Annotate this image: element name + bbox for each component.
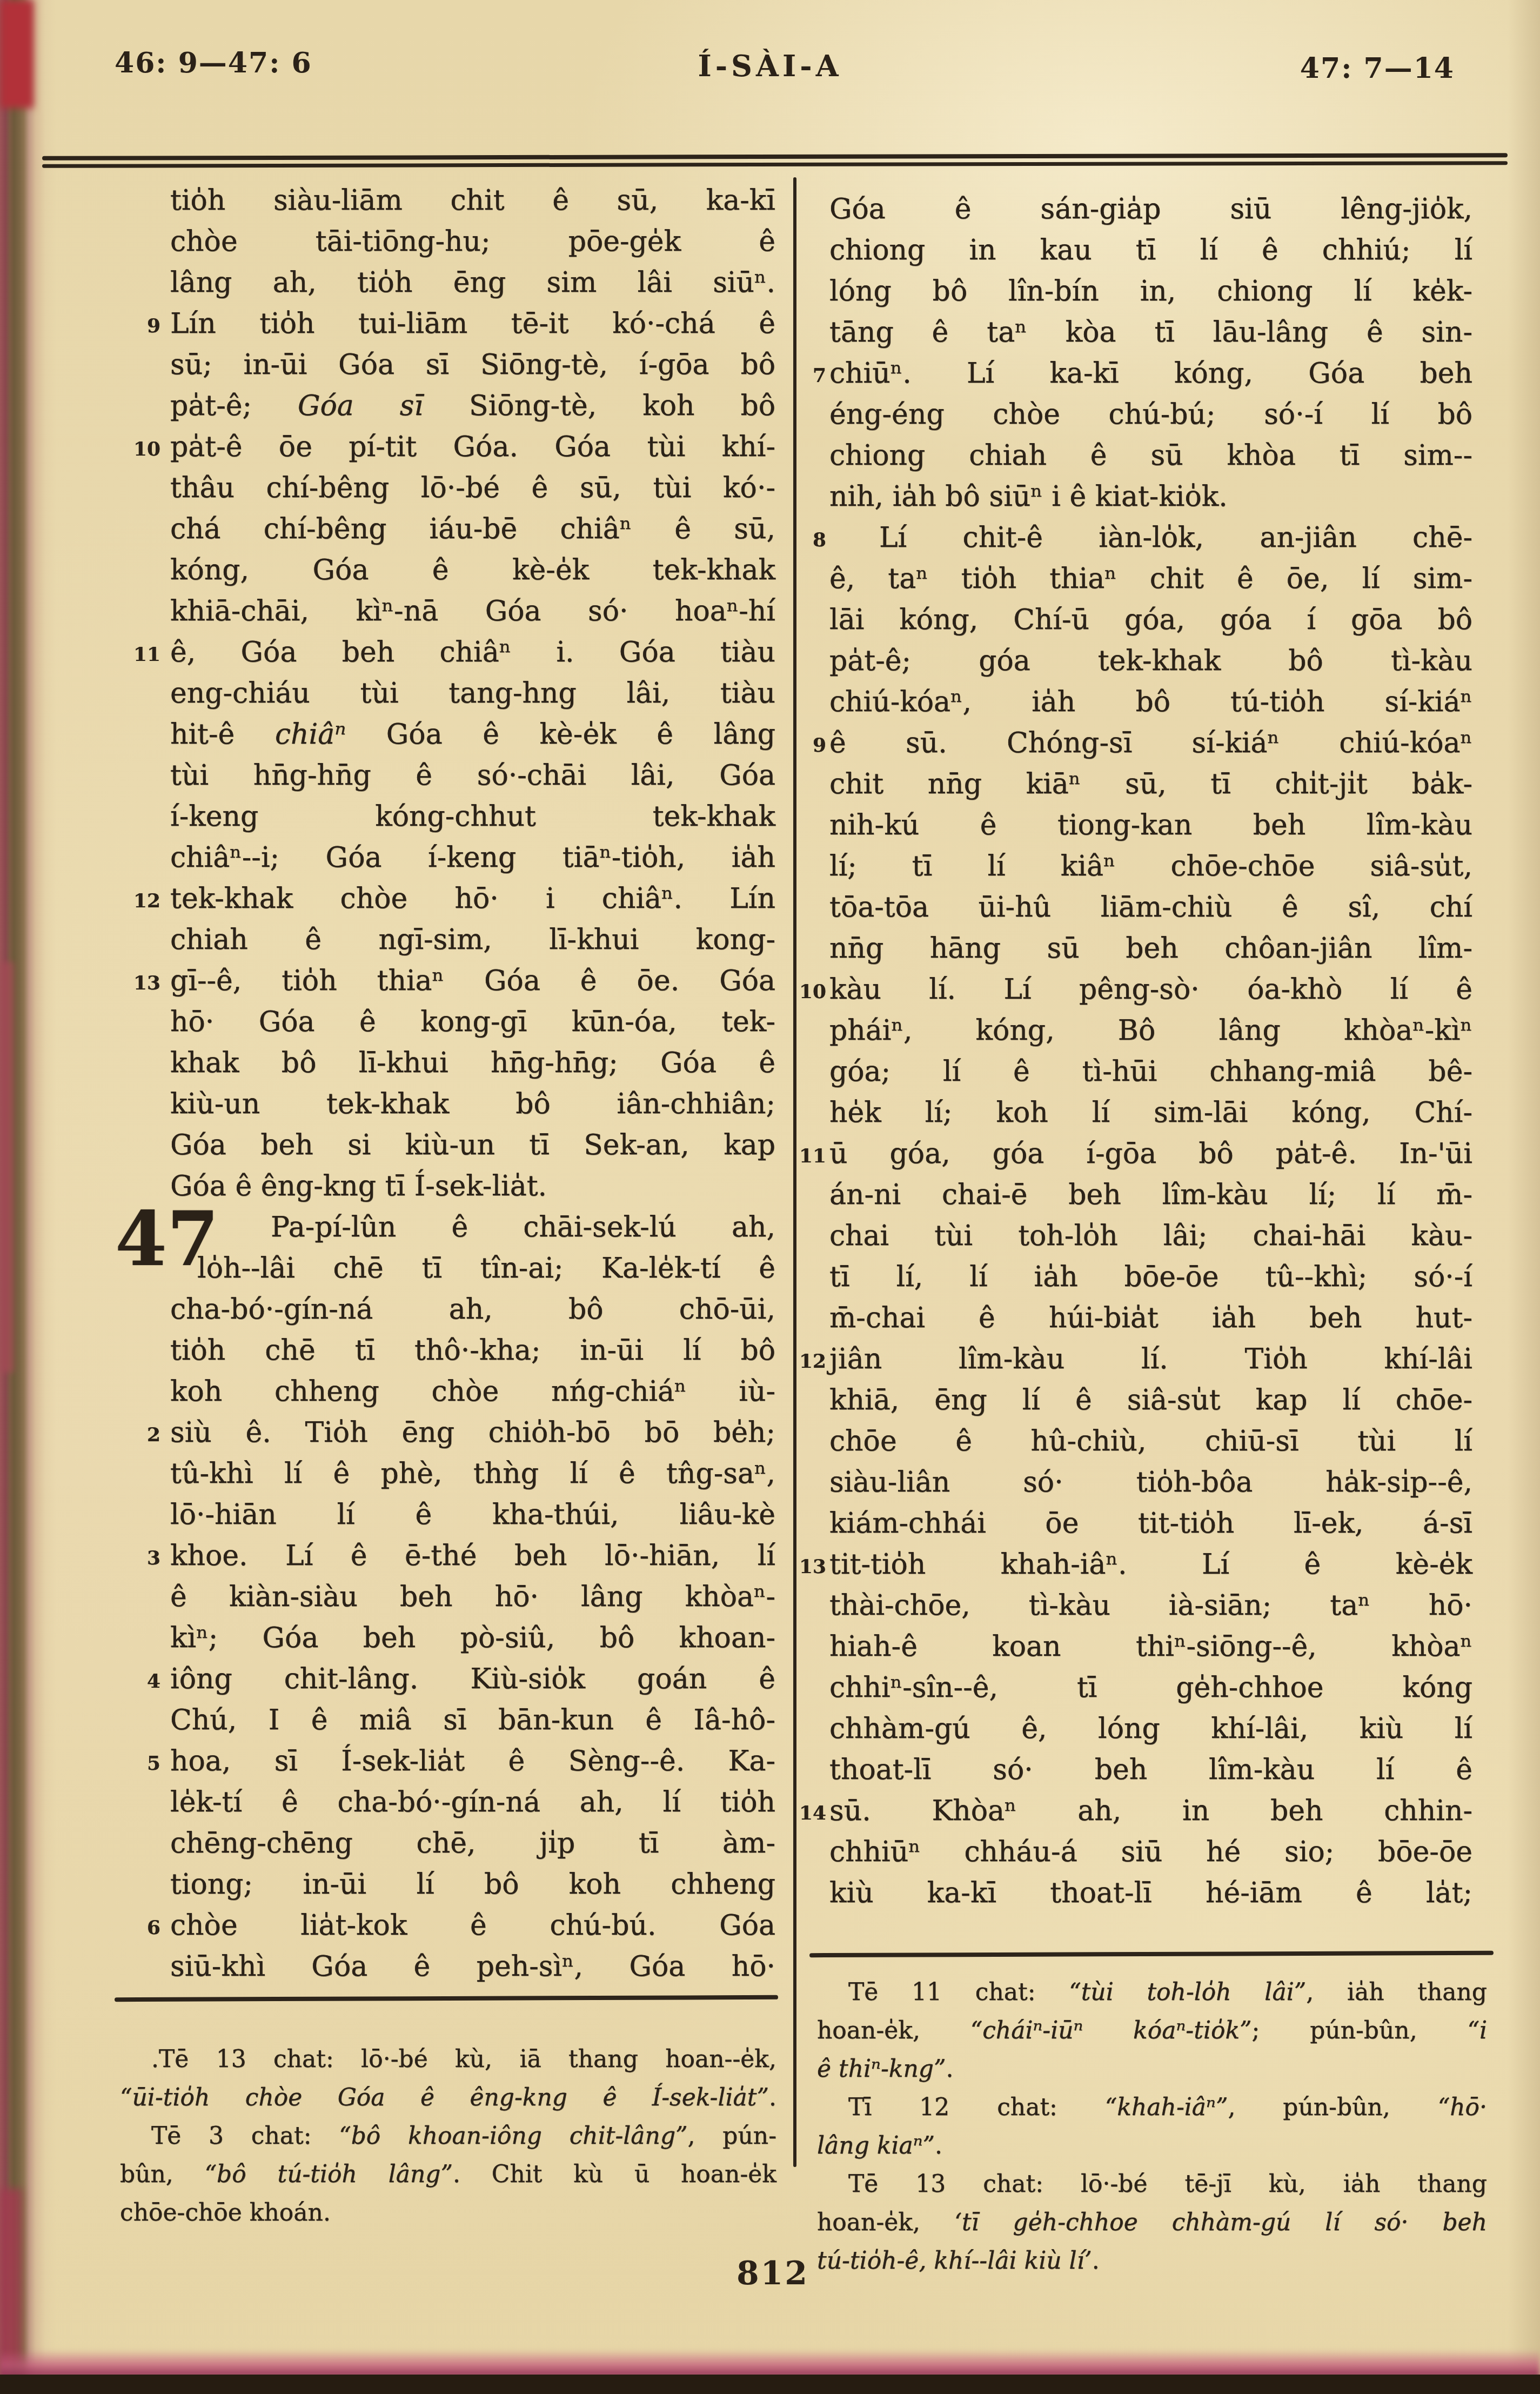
verse-text: lí; tī lí kiâⁿ chōe-chōe siâ-su̍t, <box>829 846 1472 886</box>
verse-number: 9 <box>797 725 826 765</box>
verse-text: iông chit-lâng. Kiù-sio̍k goán ê <box>170 1659 775 1699</box>
text-line: 13tit-tio̍h khah-iâⁿ. Lí ê kè-e̍k <box>829 1544 1472 1586</box>
text-line: nih, ia̍h bô siūⁿ i ê kiat-kio̍k. <box>829 477 1472 518</box>
text-line: 5hoa, sī Í-sek-lia̍t ê Sèng--ê. Ka- <box>170 1741 775 1782</box>
verse-text: hiah-ê koan thiⁿ-siōng--ê, khòaⁿ <box>829 1627 1472 1667</box>
verse-number: 11 <box>131 634 160 674</box>
verse-text: kóng, Góa ê kè-e̍k tek-khak <box>170 550 775 590</box>
text-line: kiám-chhái ōe tit-tio̍h lī-ek, á-sī <box>829 1503 1472 1544</box>
text-line: chiong in kau tī lí ê chhiú; lí <box>829 230 1472 271</box>
running-header: 46: 9—47: 6 Í-SÀI-A 47: 7—14 <box>0 46 1540 95</box>
verse-text: jiân lîm-kàu lí. Tio̍h khí-lâi <box>829 1339 1472 1379</box>
verse-text: chá chí-bêng iáu-bē chiâⁿ ê sū, <box>170 509 775 549</box>
text-line: khiā, ēng lí ê siâ-su̍t kap lí chōe- <box>829 1380 1472 1421</box>
verse-text: Chú, I ê miâ sī bān-kun ê Iâ-hô- <box>170 1700 775 1740</box>
text-line: 13gī--ê, tio̍h thiaⁿ Góa ê ōe. Góa <box>170 961 775 1002</box>
verse-text: lóng bô lîn-bín in, chiong lí ke̍k- <box>829 271 1472 311</box>
verse-number: 5 <box>131 1743 160 1783</box>
text-line: Góa ê êng-kng tī Í-sek-lia̍t. <box>170 1166 775 1207</box>
verse-text: chòe tāi-tiōng-hu; pōe-ge̍k ê <box>170 222 775 262</box>
rule-line <box>42 161 1508 168</box>
verse-number: 3 <box>131 1538 160 1578</box>
text-line: Chú, I ê miâ sī bān-kun ê Iâ-hô- <box>170 1700 775 1741</box>
verse-text: lo̍h--lâi chē tī tîn-ai; Ka-le̍k-tí ê <box>170 1248 775 1288</box>
verse-text: thoat-lī só· beh lîm-kàu lí ê <box>829 1750 1472 1790</box>
column-divider-rule <box>793 177 796 2167</box>
footnote-text: Tī 12 chat: “khah-iâⁿ”, pún-bûn, “hō· <box>817 2089 1487 2126</box>
text-line: thoat-lī só· beh lîm-kàu lí ê <box>829 1750 1472 1791</box>
text-line: siū-khì Góa ê peh-sìⁿ, Góa hō· <box>170 1947 775 1988</box>
text-line: lí; tī lí kiâⁿ chōe-chōe siâ-su̍t, <box>829 846 1472 887</box>
verse-text: éng-éng chòe chú-bú; só·-í lí bô <box>829 394 1472 434</box>
rule-line <box>42 153 1508 161</box>
text-line: ê, taⁿ tio̍h thiaⁿ chit ê ōe, lí sim- <box>829 559 1472 600</box>
scanned-book-page: { "header": { "left_ref": "46: 9—47: 6",… <box>0 0 1540 2394</box>
footnote-line: Tē 13 chat: lō·-bé tē-jī kù, ia̍h thang <box>817 2165 1487 2204</box>
footnote-line: Tē 11 chat: “tùi toh-lo̍h lâi”, ia̍h tha… <box>817 1974 1487 2012</box>
text-line: lâng ah, tio̍h ēng sim lâi siūⁿ. <box>170 263 775 304</box>
footnote-text: Tē 11 chat: “tùi toh-lo̍h lâi”, ia̍h tha… <box>817 1974 1487 2011</box>
verse-text: ê kiàn-siàu beh hō· lâng khòaⁿ- <box>170 1577 775 1617</box>
verse-text: eng-chiáu tùi tang-hng lâi, tiàu <box>170 673 775 713</box>
text-line: chēng-chēng chē, ji̍p tī àm- <box>170 1823 775 1864</box>
verse-text: pháiⁿ, kóng, Bô lâng khòaⁿ-kìⁿ <box>829 1011 1472 1051</box>
verse-text: pa̍t-ê ōe pí-tit Góa. Góa tùi khí- <box>170 427 775 467</box>
verse-text: thâu chí-bêng lō·-bé ê sū, tùi kó·- <box>170 468 775 508</box>
verse-text: chōe ê hû-chiù, chiū-sī tùi lí <box>829 1421 1472 1461</box>
verse-text: chai tùi toh-lo̍h lâi; chai-hāi kàu- <box>829 1216 1472 1256</box>
verse-text: he̍k lí; koh lí sim-lāi kóng, Chí- <box>829 1093 1472 1133</box>
text-line: m̄-chai ê húi-bia̍t ia̍h beh hut- <box>829 1298 1472 1339</box>
footnote-text: Tē 13 chat: lō·-bé tē-jī kù, ia̍h thang <box>817 2165 1487 2203</box>
footnote-line: bûn, “bô tú-tio̍h lâng”. Chit kù ū hoan-… <box>120 2156 776 2194</box>
text-line: eng-chiáu tùi tang-hng lâi, tiàu <box>170 673 775 714</box>
header-double-rule <box>42 155 1508 166</box>
footnote-text: .Tē 13 chat: lō·-bé kù, iā thang hoan--e… <box>120 2041 776 2078</box>
column-left: tio̍h siàu-liām chit ê sū, ka-kīchòe tāi… <box>170 180 775 1988</box>
verse-text: koh chheng chòe nńg-chiáⁿ iù- <box>170 1372 775 1412</box>
verse-text: tiong; in-ūi lí bô koh chheng <box>170 1864 775 1904</box>
text-line: chòe tāi-tiōng-hu; pōe-ge̍k ê <box>170 222 775 263</box>
verse-text: chhàm-gú ê, lóng khí-lâi, kiù lí <box>829 1709 1472 1749</box>
footnote-text: hoan-e̍k, ‘tī ge̍h-chhoe chhàm-gú lí só·… <box>817 2204 1487 2241</box>
footnote-line: .Tē 13 chat: lō·-bé kù, iā thang hoan--e… <box>120 2041 776 2079</box>
footnote-text: bûn, “bô tú-tio̍h lâng”. Chit kù ū hoan-… <box>120 2156 776 2193</box>
text-line: tiong; in-ūi lí bô koh chheng <box>170 1864 775 1905</box>
text-line: kóng, Góa ê kè-e̍k tek-khak <box>170 550 775 591</box>
verse-text: khoe. Lí ê ē-thé beh lō·-hiān, lí <box>170 1536 775 1576</box>
verse-text: hit-ê chiâⁿ Góa ê kè-e̍k ê lâng <box>170 714 775 754</box>
verse-number: 10 <box>131 429 160 469</box>
footnote-text: chōe-chōe khoán. <box>120 2194 776 2231</box>
column-right: Góa ê sán-gia̍p siū lêng-jio̍k,chiong in… <box>829 189 1472 1914</box>
verse-number: 8 <box>797 520 826 560</box>
text-line: chhiūⁿ chháu-á siū hé sio; bōe-ōe <box>829 1832 1472 1873</box>
text-line: pháiⁿ, kóng, Bô lâng khòaⁿ-kìⁿ <box>829 1011 1472 1052</box>
verse-text: tāng ê taⁿ kòa tī lāu-lâng ê sin- <box>829 312 1472 352</box>
verse-text: kiù ka-kī thoat-lī hé-iām ê la̍t; <box>829 1873 1472 1913</box>
header-right-reference: 47: 7—14 <box>1300 52 1455 85</box>
text-line: í-keng kóng-chhut tek-khak <box>170 797 775 838</box>
text-line: 3khoe. Lí ê ē-thé beh lō·-hiān, lí <box>170 1536 775 1577</box>
verse-text: kìⁿ; Góa beh pò-siû, bô khoan- <box>170 1618 775 1658</box>
text-line: hiah-ê koan thiⁿ-siōng--ê, khòaⁿ <box>829 1627 1472 1668</box>
footnote-rule-left <box>115 1995 778 2002</box>
verse-text: nih, ia̍h bô siūⁿ i ê kiat-kio̍k. <box>829 477 1472 517</box>
text-line: thài-chōe, tì-kàu ià-siān; taⁿ hō· <box>829 1586 1472 1627</box>
text-line: 12jiân lîm-kàu lí. Tio̍h khí-lâi <box>829 1339 1472 1380</box>
spine-red-middle <box>0 962 14 1373</box>
verse-text: chit nn̄g kiāⁿ sū, tī chi̍t-ji̍t ba̍k- <box>829 764 1472 804</box>
text-line: 10kàu lí. Lí pêng-sò· óa-khò lí ê <box>829 969 1472 1011</box>
text-line: 10pa̍t-ê ōe pí-tit Góa. Góa tùi khí- <box>170 427 775 468</box>
text-line: Góa ê sán-gia̍p siū lêng-jio̍k, <box>829 189 1472 230</box>
footnote-text: lâng kiaⁿ”. <box>817 2127 1487 2164</box>
verse-text: pa̍t-ê; góa tek-khak bô tì-kàu <box>829 641 1472 681</box>
footnote-line: hoan-e̍k, “cháiⁿ-iūⁿ kóaⁿ-tio̍k”; pún-bû… <box>817 2012 1487 2050</box>
verse-text: kàu lí. Lí pêng-sò· óa-khò lí ê <box>829 969 1472 1009</box>
text-line: sū; in-ūi Góa sī Siōng-tè, í-gōa bô <box>170 345 775 386</box>
verse-number: 12 <box>797 1341 826 1381</box>
footnote-text: ê thiⁿ-kng”. <box>817 2050 1487 2088</box>
verse-text: lāi kóng, Chí-ū góa, góa í gōa bô <box>829 600 1472 640</box>
verse-text: khiā-chāi, kìⁿ-nā Góa só· hoaⁿ-hí <box>170 591 775 631</box>
verse-text: siū-khì Góa ê peh-sìⁿ, Góa hō· <box>170 1947 775 1987</box>
footnotes-left: .Tē 13 chat: lō·-bé kù, iā thang hoan--e… <box>120 2041 776 2232</box>
verse-text: cha-bó·-gín-ná ah, bô chō-ūi, <box>170 1289 775 1329</box>
verse-text: chiūⁿ. Lí ka-kī kóng, Góa beh <box>829 353 1472 393</box>
text-line: hit-ê chiâⁿ Góa ê kè-e̍k ê lâng <box>170 714 775 755</box>
text-line: pa̍t-ê; góa tek-khak bô tì-kàu <box>829 641 1472 682</box>
text-line: khak bô lī-khui hn̄g-hn̄g; Góa ê <box>170 1043 775 1084</box>
page-number: 812 <box>702 2255 843 2292</box>
footnote-text: tú-tio̍h-ê, khí--lâi kiù lí’. <box>817 2242 1487 2279</box>
text-line: tōa-tōa ūi-hû liām-chiù ê sî, chí <box>829 887 1472 928</box>
text-line: lo̍h--lâi chē tī tîn-ai; Ka-le̍k-tí ê <box>170 1248 775 1289</box>
verse-text: ê, taⁿ tio̍h thiaⁿ chit ê ōe, lí sim- <box>829 559 1472 599</box>
verse-number: 4 <box>131 1661 160 1701</box>
page-edge-dye <box>0 2350 1540 2378</box>
text-line: Góa beh si kiù-un tī Sek-an, kap <box>170 1125 775 1166</box>
verse-text: chiah ê ngī-sim, lī-khui kong- <box>170 920 775 960</box>
verse-text: Góa ê êng-kng tī Í-sek-lia̍t. <box>170 1166 775 1206</box>
text-line: le̍k-tí ê cha-bó·-gín-ná ah, lí tio̍h <box>170 1782 775 1823</box>
text-line: 7chiūⁿ. Lí ka-kī kóng, Góa beh <box>829 353 1472 394</box>
text-line: án-ni chai-ē beh lîm-kàu lí; lí m̄- <box>829 1175 1472 1216</box>
text-line: chai tùi toh-lo̍h lâi; chai-hāi kàu- <box>829 1216 1472 1257</box>
footnote-text: Tē 3 chat: “bô khoan-iông chit-lâng”, pú… <box>120 2117 776 2155</box>
verse-number: 12 <box>131 881 160 921</box>
verse-text: chhiūⁿ chháu-á siū hé sio; bōe-ōe <box>829 1832 1472 1872</box>
text-line: lóng bô lîn-bín in, chiong lí ke̍k- <box>829 271 1472 312</box>
text-line: kiù ka-kī thoat-lī hé-iām ê la̍t; <box>829 1873 1472 1914</box>
verse-text: Góa beh si kiù-un tī Sek-an, kap <box>170 1125 775 1165</box>
text-line: nih-kú ê tiong-kan beh lîm-kàu <box>829 805 1472 846</box>
verse-text: chiâⁿ--i; Góa í-keng tiāⁿ-tio̍h, ia̍h <box>170 838 775 878</box>
text-line: 11ū góa, góa í-gōa bô pa̍t-ê. In-'ūi <box>829 1134 1472 1175</box>
text-line: 12tek-khak chòe hō· i chiâⁿ. Lín <box>170 879 775 920</box>
text-line: tû-khì lí ê phè, thǹg lí ê tn̂g-saⁿ, <box>170 1454 775 1495</box>
text-line: siàu-liân só· tio̍h-bôa ha̍k-si̍p--ê, <box>829 1462 1472 1503</box>
verse-text: pa̍t-ê; Góa sī Siōng-tè, koh bô <box>170 386 775 426</box>
text-line: 6chòe lia̍t-kok ê chú-bú. Góa <box>170 1905 775 1947</box>
verse-text: hō· Góa ê kong-gī kūn-óa, tek- <box>170 1002 775 1042</box>
verse-text: tōa-tōa ūi-hû liām-chiù ê sî, chí <box>829 887 1472 927</box>
spine-red-bottom <box>0 2189 22 2367</box>
text-line: hō· Góa ê kong-gī kūn-óa, tek- <box>170 1002 775 1043</box>
verse-number: 7 <box>797 356 826 396</box>
verse-text: sū. Khòaⁿ ah, in beh chhin- <box>829 1791 1472 1831</box>
verse-text: Pa-pí-lûn ê chāi-sek-lú ah, <box>170 1207 775 1247</box>
text-line: kìⁿ; Góa beh pò-siû, bô khoan- <box>170 1618 775 1659</box>
verse-text: tû-khì lí ê phè, thǹg lí ê tn̂g-saⁿ, <box>170 1454 775 1494</box>
right-edge-shade <box>1508 0 1540 2394</box>
text-line: ê kiàn-siàu beh hō· lâng khòaⁿ- <box>170 1577 775 1618</box>
footnote-line: lâng kiaⁿ”. <box>817 2127 1487 2165</box>
verse-number: 14 <box>797 1793 826 1833</box>
verse-text: án-ni chai-ē beh lîm-kàu lí; lí m̄- <box>829 1175 1472 1215</box>
footnote-line: Tī 12 chat: “khah-iâⁿ”, pún-bûn, “hō· <box>817 2089 1487 2127</box>
text-line: chiah ê ngī-sim, lī-khui kong- <box>170 920 775 961</box>
verse-text: chòe lia̍t-kok ê chú-bú. Góa <box>170 1905 775 1945</box>
verse-text: nih-kú ê tiong-kan beh lîm-kàu <box>829 805 1472 845</box>
text-line: chit nn̄g kiāⁿ sū, tī chi̍t-ji̍t ba̍k- <box>829 764 1472 805</box>
text-line: tùi hn̄g-hn̄g ê só·-chāi lâi, Góa <box>170 755 775 797</box>
footnote-line: “ūi-tio̍h chòe Góa ê êng-kng ê Í-sek-lia… <box>120 2079 776 2117</box>
text-line: koh chheng chòe nńg-chiáⁿ iù- <box>170 1372 775 1413</box>
verse-number: 13 <box>797 1547 826 1587</box>
verse-text: Lí chit-ê iàn-lo̍k, an-jiân chē- <box>829 518 1472 558</box>
verse-text: ū góa, góa í-gōa bô pa̍t-ê. In-'ūi <box>829 1134 1472 1174</box>
text-line: chhàm-gú ê, lóng khí-lâi, kiù lí <box>829 1709 1472 1750</box>
text-line: 8Lí chit-ê iàn-lo̍k, an-jiân chē- <box>829 518 1472 559</box>
verse-text: chēng-chēng chē, ji̍p tī àm- <box>170 1823 775 1863</box>
text-line: 47Pa-pí-lûn ê chāi-sek-lú ah, <box>170 1207 775 1248</box>
verse-text: khak bô lī-khui hn̄g-hn̄g; Góa ê <box>170 1043 775 1083</box>
footnote-line: hoan-e̍k, ‘tī ge̍h-chhoe chhàm-gú lí só·… <box>817 2204 1487 2242</box>
verse-text: sū; in-ūi Góa sī Siōng-tè, í-gōa bô <box>170 345 775 385</box>
verse-text: m̄-chai ê húi-bia̍t ia̍h beh hut- <box>829 1298 1472 1338</box>
text-line: 9ê sū. Chóng-sī sí-kiáⁿ chiú-kóaⁿ <box>829 723 1472 764</box>
verse-number: 6 <box>131 1908 160 1948</box>
verse-text: ê sū. Chóng-sī sí-kiáⁿ chiú-kóaⁿ <box>829 723 1472 763</box>
footnote-line: Tē 3 chat: “bô khoan-iông chit-lâng”, pú… <box>120 2117 776 2156</box>
text-line: 11ê, Góa beh chiâⁿ i. Góa tiàu <box>170 632 775 673</box>
text-line: kiù-un tek-khak bô iân-chhiân; <box>170 1084 775 1125</box>
text-line: tī lí, lí ia̍h bōe-ōe tû--khì; só·-í <box>829 1257 1472 1298</box>
text-line: 9Lín tio̍h tui-liām tē-it kó·-chá ê <box>170 304 775 345</box>
footnote-text: hoan-e̍k, “cháiⁿ-iūⁿ kóaⁿ-tio̍k”; pún-bû… <box>817 2012 1487 2049</box>
verse-number: 2 <box>131 1415 160 1455</box>
text-line: chiú-kóaⁿ, ia̍h bô tú-tio̍h sí-kiáⁿ <box>829 682 1472 723</box>
text-line: 14sū. Khòaⁿ ah, in beh chhin- <box>829 1791 1472 1832</box>
text-line: lō·-hiān lí ê kha-thúi, liâu-kè <box>170 1495 775 1536</box>
text-line: tio̍h chē tī thô·-kha; in-ūi lí bô <box>170 1330 775 1372</box>
verse-text: lō·-hiān lí ê kha-thúi, liâu-kè <box>170 1495 775 1535</box>
verse-text: hoa, sī Í-sek-lia̍t ê Sèng--ê. Ka- <box>170 1741 775 1781</box>
verse-text: lâng ah, tio̍h ēng sim lâi siūⁿ. <box>170 263 775 303</box>
verse-text: ê, Góa beh chiâⁿ i. Góa tiàu <box>170 632 775 672</box>
text-line: he̍k lí; koh lí sim-lāi kóng, Chí- <box>829 1093 1472 1134</box>
text-line: lāi kóng, Chí-ū góa, góa í gōa bô <box>829 600 1472 641</box>
text-line: tio̍h siàu-liām chit ê sū, ka-kī <box>170 180 775 222</box>
verse-number: 11 <box>797 1136 826 1176</box>
text-line: cha-bó·-gín-ná ah, bô chō-ūi, <box>170 1289 775 1330</box>
text-line: chhiⁿ-sîn--ê, tī ge̍h-chhoe kóng <box>829 1668 1472 1709</box>
text-line: góa; lí ê tì-hūi chhang-miâ bê- <box>829 1052 1472 1093</box>
text-line: tāng ê taⁿ kòa tī lāu-lâng ê sin- <box>829 312 1472 353</box>
footnote-rule-right <box>809 1951 1494 1957</box>
verse-text: thài-chōe, tì-kàu ià-siān; taⁿ hō· <box>829 1586 1472 1626</box>
footnote-line: tú-tio̍h-ê, khí--lâi kiù lí’. <box>817 2242 1487 2281</box>
verse-text: chiú-kóaⁿ, ia̍h bô tú-tio̍h sí-kiáⁿ <box>829 682 1472 722</box>
verse-text: nn̄g hāng sū beh chôan-jiân lîm- <box>829 928 1472 968</box>
text-line: chiong chiah ê sū khòa tī sim-- <box>829 436 1472 477</box>
verse-text: chiong in kau tī lí ê chhiú; lí <box>829 230 1472 270</box>
text-line: chiâⁿ--i; Góa í-keng tiāⁿ-tio̍h, ia̍h <box>170 838 775 879</box>
verse-text: le̍k-tí ê cha-bó·-gín-ná ah, lí tio̍h <box>170 1782 775 1822</box>
verse-text: í-keng kóng-chhut tek-khak <box>170 797 775 837</box>
verse-number: 13 <box>131 963 160 1003</box>
text-line: pa̍t-ê; Góa sī Siōng-tè, koh bô <box>170 386 775 427</box>
verse-text: góa; lí ê tì-hūi chhang-miâ bê- <box>829 1052 1472 1092</box>
verse-text: chiong chiah ê sū khòa tī sim-- <box>829 436 1472 476</box>
text-line: chōe ê hû-chiù, chiū-sī tùi lí <box>829 1421 1472 1462</box>
text-line: chá chí-bêng iáu-bē chiâⁿ ê sū, <box>170 509 775 550</box>
verse-text: tit-tio̍h khah-iâⁿ. Lí ê kè-e̍k <box>829 1544 1472 1584</box>
verse-text: tio̍h siàu-liām chit ê sū, ka-kī <box>170 180 775 220</box>
text-line: khiā-chāi, kìⁿ-nā Góa só· hoaⁿ-hí <box>170 591 775 632</box>
verse-text: siù ê. Tio̍h ēng chio̍h-bō bō be̍h; <box>170 1413 775 1453</box>
verse-text: gī--ê, tio̍h thiaⁿ Góa ê ōe. Góa <box>170 961 775 1001</box>
verse-text: Lín tio̍h tui-liām tē-it kó·-chá ê <box>170 304 775 344</box>
footnote-line: ê thiⁿ-kng”. <box>817 2050 1487 2089</box>
verse-text: tùi hn̄g-hn̄g ê só·-chāi lâi, Góa <box>170 755 775 795</box>
bottom-edge-strip <box>0 2375 1540 2394</box>
verse-text: siàu-liân só· tio̍h-bôa ha̍k-si̍p--ê, <box>829 1462 1472 1502</box>
verse-text: tī lí, lí ia̍h bōe-ōe tû--khì; só·-í <box>829 1257 1472 1297</box>
verse-text: tek-khak chòe hō· i chiâⁿ. Lín <box>170 879 775 919</box>
text-line: 4iông chit-lâng. Kiù-sio̍k goán ê <box>170 1659 775 1700</box>
text-line: nn̄g hāng sū beh chôan-jiân lîm- <box>829 928 1472 969</box>
verse-text: kiám-chhái ōe tit-tio̍h lī-ek, á-sī <box>829 1503 1472 1543</box>
verse-text: khiā, ēng lí ê siâ-su̍t kap lí chōe- <box>829 1380 1472 1420</box>
footnote-line: chōe-chōe khoán. <box>120 2194 776 2232</box>
verse-number: 10 <box>797 972 826 1012</box>
verse-text: chhiⁿ-sîn--ê, tī ge̍h-chhoe kóng <box>829 1668 1472 1708</box>
verse-number: 9 <box>131 306 160 346</box>
footnote-text: “ūi-tio̍h chòe Góa ê êng-kng ê Í-sek-lia… <box>120 2079 776 2116</box>
text-line: éng-éng chòe chú-bú; só·-í lí bô <box>829 394 1472 436</box>
text-line: 2siù ê. Tio̍h ēng chio̍h-bō bō be̍h; <box>170 1413 775 1454</box>
verse-text: Góa ê sán-gia̍p siū lêng-jio̍k, <box>829 189 1472 229</box>
text-line: thâu chí-bêng lō·-bé ê sū, tùi kó·- <box>170 468 775 509</box>
verse-text: kiù-un tek-khak bô iân-chhiân; <box>170 1084 775 1124</box>
verse-text: tio̍h chē tī thô·-kha; in-ūi lí bô <box>170 1330 775 1370</box>
footnotes-right: Tē 11 chat: “tùi toh-lo̍h lâi”, ia̍h tha… <box>817 1974 1487 2281</box>
